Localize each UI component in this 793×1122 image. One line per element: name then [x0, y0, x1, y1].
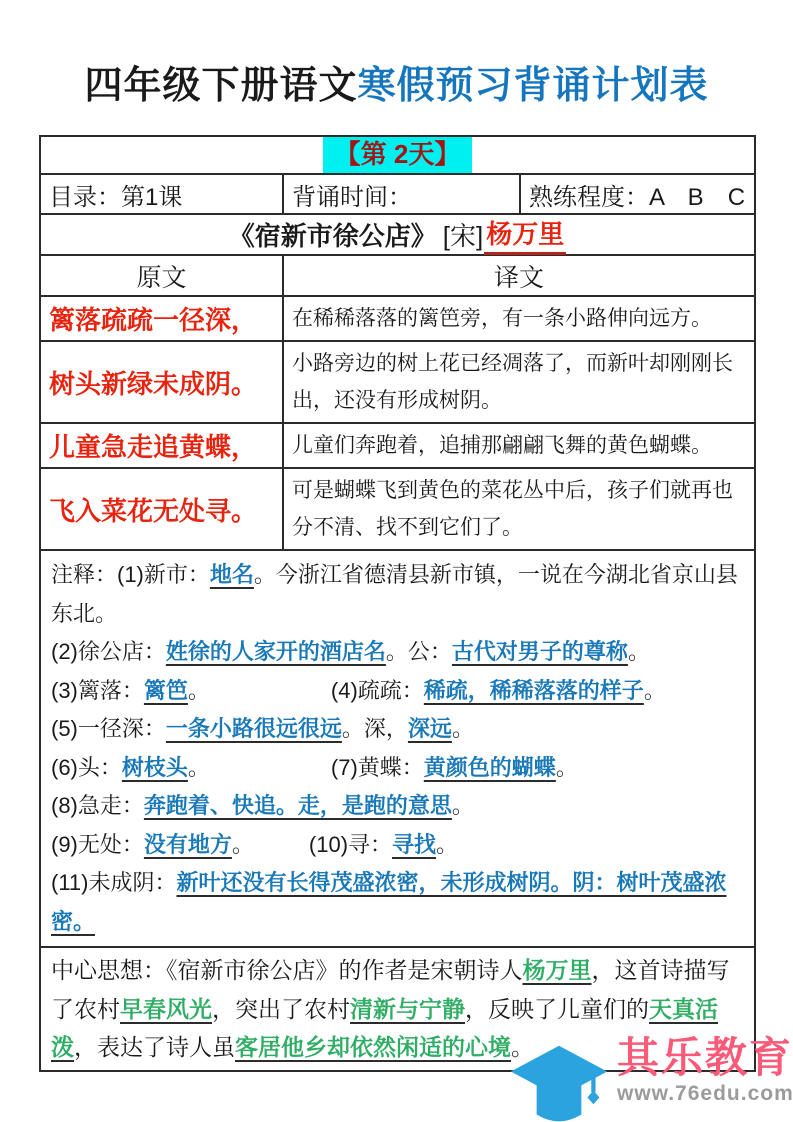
note-line: (9)无处：没有地方。 (10)寻：寻找。 — [51, 826, 744, 865]
poem-translation: 在稀稀落落的篱笆旁，有一条小路伸向远方。 — [282, 297, 754, 340]
note-line: (8)急走：奔跑着、快追。走，是跑的意思。 — [51, 787, 744, 826]
poem-original-line: 篱落疏疏一径深， — [41, 297, 282, 340]
poem-line-row: 树头新绿未成阴。 小路旁边的树上花已经凋落了，而新叶却刚刚长出，还没有形成树阴。 — [41, 340, 754, 422]
note-line: (6)头：树枝头。 (7)黄蝶：黄颜色的蝴蝶。 — [51, 749, 744, 788]
poem-original-line: 儿童急走追黄蝶， — [41, 424, 282, 467]
note-line: (5)一径深：一条小路很远很远。深，深远。 — [51, 710, 744, 749]
note-line: (11)未成阴：新叶还没有长得茂盛浓密，未形成树阴。阴：树叶茂盛浓密。 — [51, 864, 744, 941]
watermark-text: 其乐教育 www.76edu.com — [617, 1036, 793, 1106]
translation-column-header: 译文 — [282, 256, 754, 295]
recitation-plan-table: 【第 2天】 目录：第1课 背诵时间： 熟练程度：A B C 《宿新市徐公店》 … — [39, 135, 756, 1072]
brand-url: www.76edu.com — [617, 1082, 793, 1106]
note-line: 注释：(1)新市：地名。今浙江省德清县新市镇，一说在今湖北省京山县东北。 — [51, 556, 744, 633]
poem-line-row: 飞入菜花无处寻。 可是蝴蝶飞到黄色的菜花丛中后，孩子们就再也分不清、找不到它们了… — [41, 467, 754, 549]
column-header-row: 原文 译文 — [41, 254, 754, 295]
proficiency-cell: 熟练程度：A B C — [519, 175, 754, 213]
poem-translation: 儿童们奔跑着，追捕那翩翩飞舞的黄色蝴蝶。 — [282, 424, 754, 467]
poem-author: 杨万里 — [484, 214, 566, 255]
recite-time-cell: 背诵时间： — [282, 175, 519, 213]
page-title-blue: 寒假预习背诵计划表 — [358, 65, 709, 107]
brand-name: 其乐教育 — [617, 1036, 793, 1080]
poem-title: 《宿新市徐公店》 — [229, 216, 437, 253]
day-header-row: 【第 2天】 — [41, 137, 754, 173]
poem-title-row: 《宿新市徐公店》 [宋] 杨万里 — [41, 213, 754, 254]
original-column-header: 原文 — [41, 256, 282, 295]
note-line: (3)篱落：篱笆。 (4)疏疏：稀疏，稀稀落落的样子。 — [51, 672, 744, 711]
poem-line-row: 篱落疏疏一径深， 在稀稀落落的篱笆旁，有一条小路伸向远方。 — [41, 295, 754, 340]
catalog-cell: 目录：第1课 — [41, 175, 282, 213]
watermark: 其乐教育 www.76edu.com — [503, 1036, 793, 1122]
poem-translation: 可是蝴蝶飞到黄色的菜花丛中后，孩子们就再也分不清、找不到它们了。 — [282, 469, 754, 549]
poem-dynasty: [宋] — [443, 216, 483, 253]
notes-section: 注释：(1)新市：地名。今浙江省德清县新市镇，一说在今湖北省京山县东北。 (2)… — [41, 549, 754, 946]
page-title-black: 四年级下册语文 — [84, 65, 357, 107]
poem-original-line: 树头新绿未成阴。 — [41, 342, 282, 422]
page-title: 四年级下册语文寒假预习背诵计划表 — [0, 0, 793, 109]
info-row: 目录：第1课 背诵时间： 熟练程度：A B C — [41, 173, 754, 213]
note-line: (2)徐公店：姓徐的人家开的酒店名。公：古代对男子的尊称。 — [51, 633, 744, 672]
day-badge: 【第 2天】 — [323, 137, 473, 173]
graduation-cap-icon — [503, 1044, 615, 1122]
poem-original-line: 飞入菜花无处寻。 — [41, 469, 282, 549]
poem-line-row: 儿童急走追黄蝶， 儿童们奔跑着，追捕那翩翩飞舞的黄色蝴蝶。 — [41, 422, 754, 467]
poem-translation: 小路旁边的树上花已经凋落了，而新叶却刚刚长出，还没有形成树阴。 — [282, 342, 754, 422]
